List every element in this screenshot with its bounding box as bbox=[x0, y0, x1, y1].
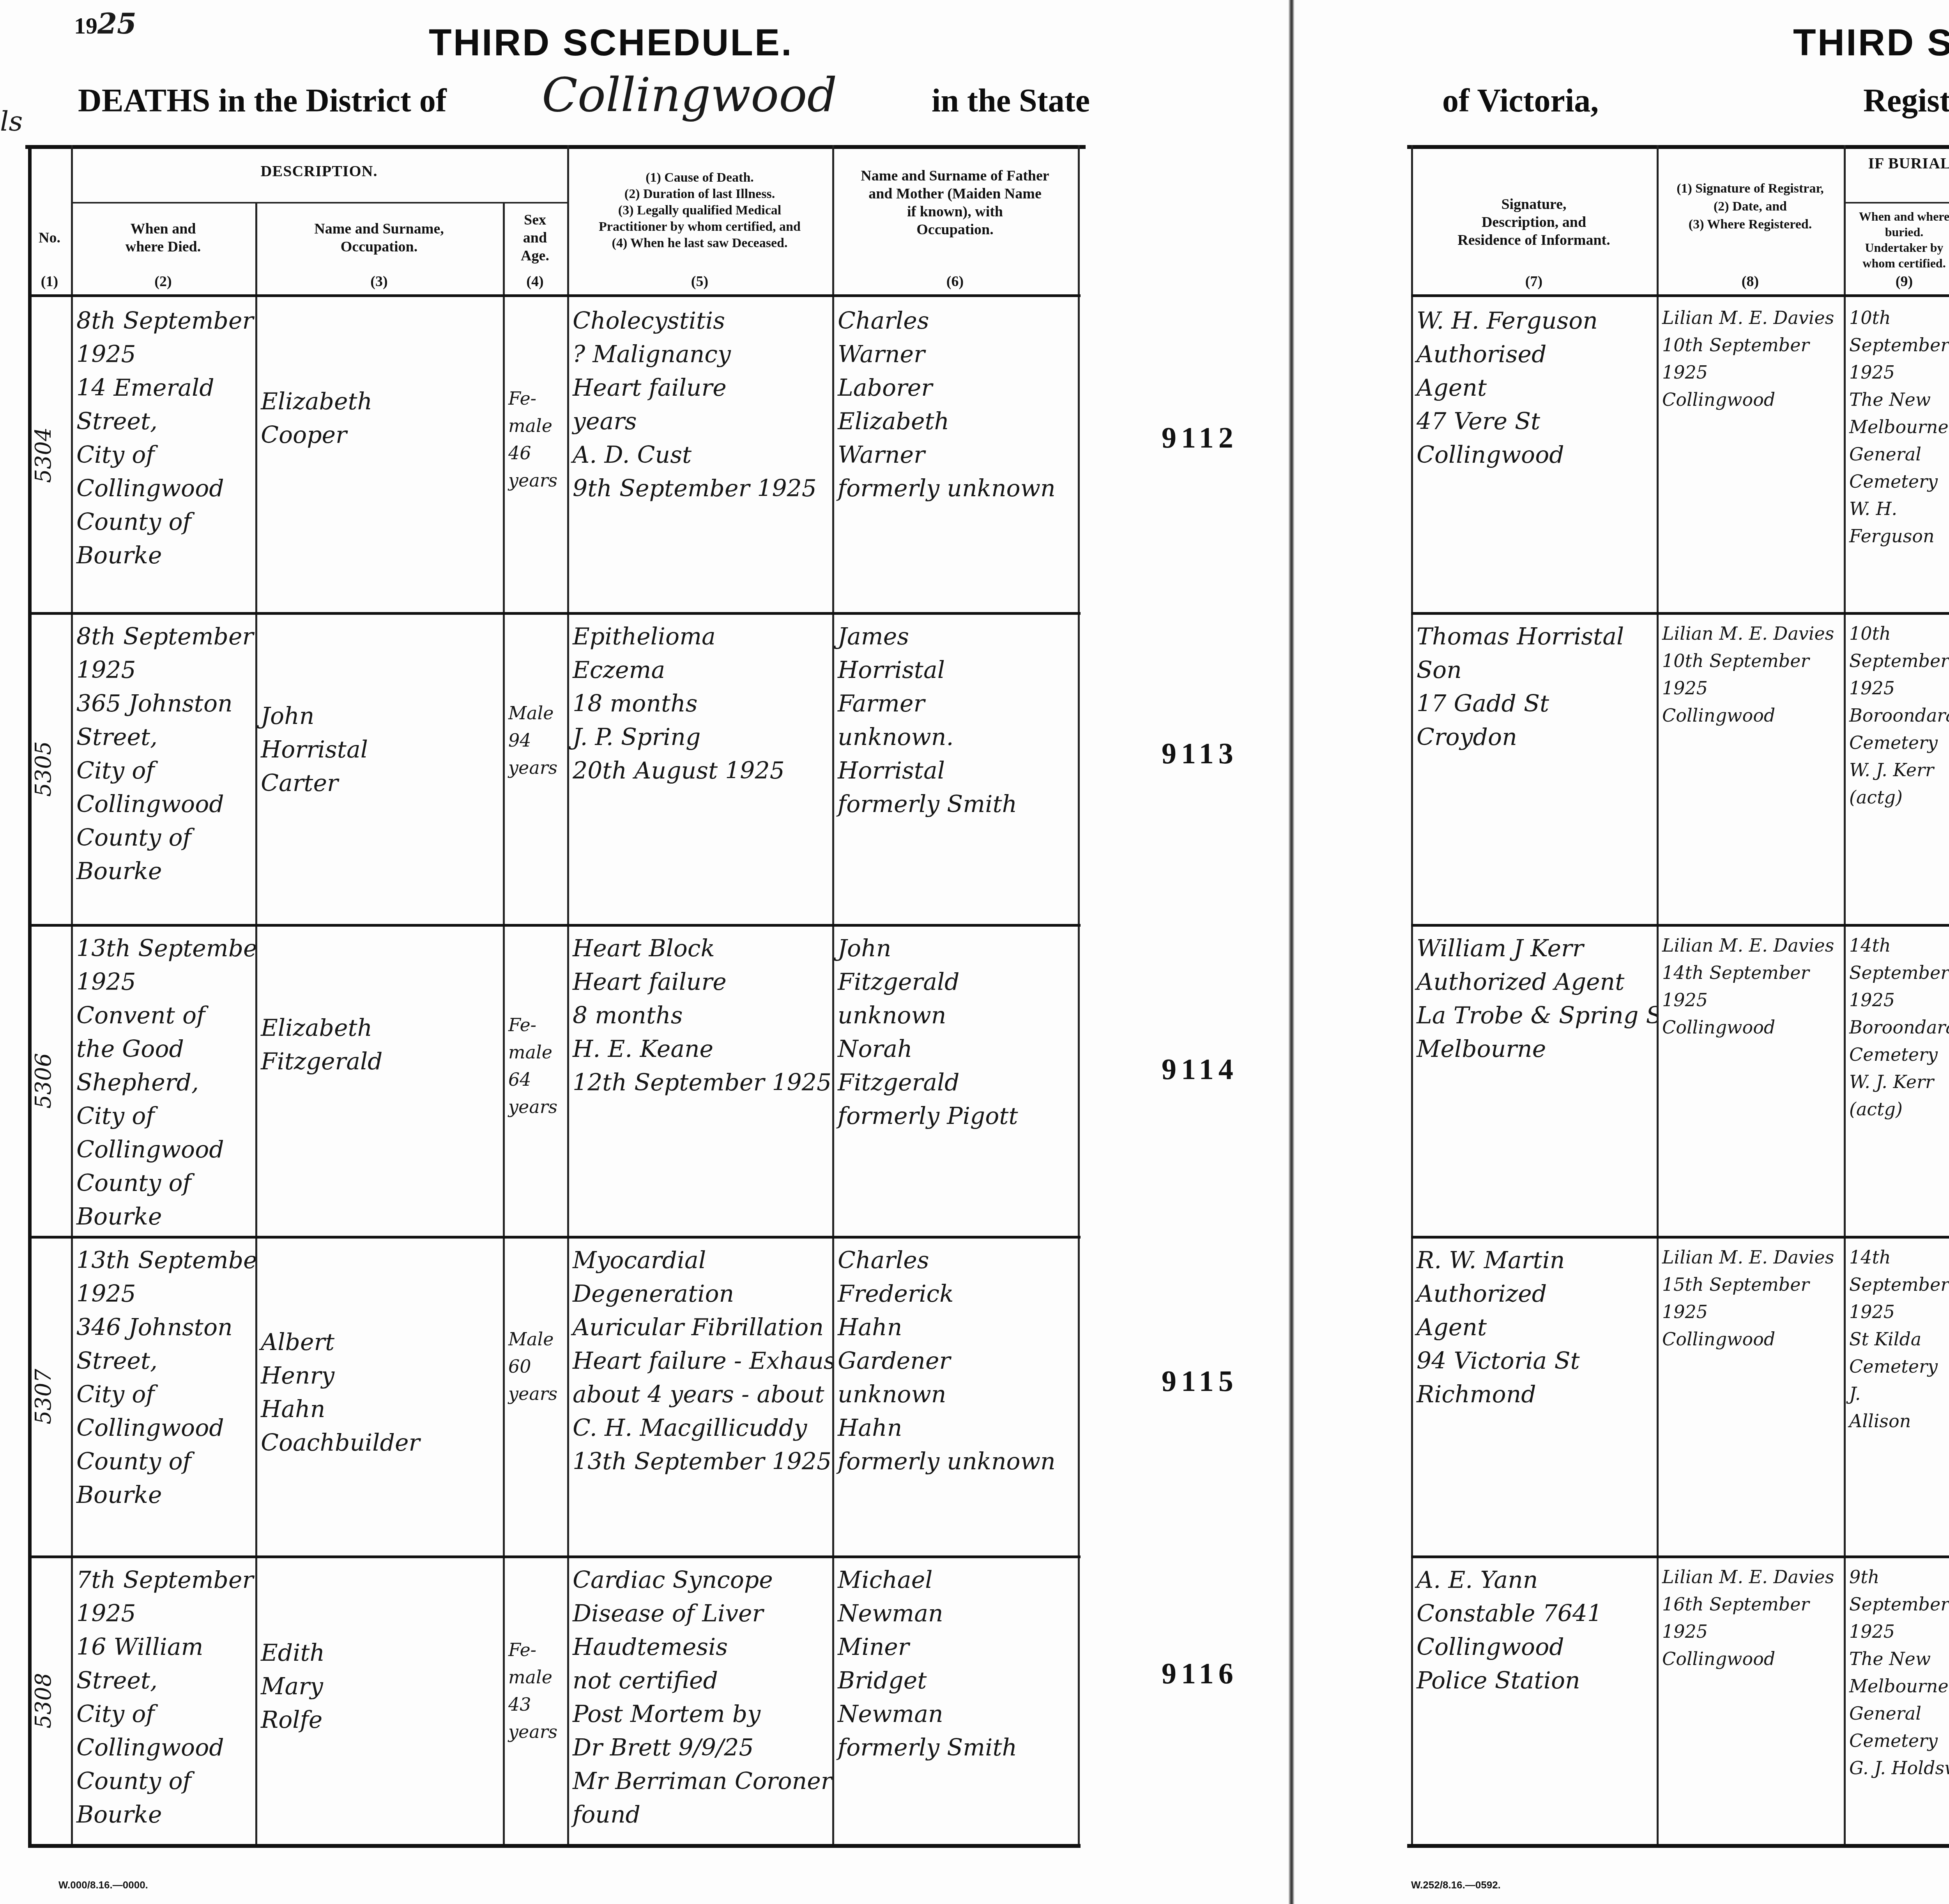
registered-by-label: Registered by bbox=[1863, 82, 1949, 120]
cell-line: H. E. Keane bbox=[573, 1032, 827, 1066]
cell-line: 94 bbox=[508, 727, 562, 754]
cell-line: Miner bbox=[838, 1630, 1072, 1664]
cell-line: Hahn bbox=[838, 1311, 1072, 1344]
cell-line: Street, bbox=[76, 720, 250, 754]
cell-line: Agent bbox=[1417, 1311, 1651, 1344]
cell-name-occupation: ElizabethCooper bbox=[255, 296, 503, 612]
form-print-code-left: W.000/8.16.—0000. bbox=[58, 1879, 148, 1891]
of-victoria-label: of Victoria, bbox=[1442, 82, 1599, 120]
cell-line: Collingwood bbox=[1417, 438, 1651, 472]
burial-underline bbox=[1844, 202, 1949, 203]
cell-line: Hahn bbox=[261, 1393, 497, 1426]
cell-line: formerly unknown bbox=[838, 1445, 1072, 1478]
cell-sex-age: Fe-male46years bbox=[503, 296, 567, 612]
cell-line: Horristal bbox=[838, 653, 1072, 687]
cell-line: Melbourne bbox=[1417, 1032, 1651, 1066]
cell-line: 8th September bbox=[76, 304, 250, 338]
cell-line: Heart failure bbox=[573, 965, 827, 999]
cell-line: City of bbox=[76, 1099, 250, 1133]
cell-line: unknown. bbox=[838, 720, 1072, 754]
cell-registrar: Lilian M. E. Davies15th September1925Col… bbox=[1657, 1236, 1844, 1555]
cell-line: Heart failure - Exhaustion bbox=[573, 1344, 827, 1378]
cell-parents: CharlesFrederickHahnGardenerunknownHahnf… bbox=[832, 1236, 1078, 1555]
schedule-title-left: THIRD SCHEDULE. bbox=[429, 21, 793, 64]
cell-line: September bbox=[1849, 331, 1949, 359]
cell-line: male bbox=[508, 1039, 562, 1066]
cell-line: Bourke bbox=[76, 1200, 250, 1233]
cell-line: Frederick bbox=[838, 1277, 1072, 1311]
col-number: (1) bbox=[28, 273, 71, 290]
cell-line: William J Kerr bbox=[1417, 932, 1651, 965]
cell-line: John bbox=[261, 699, 497, 733]
cell-line: James bbox=[838, 620, 1072, 653]
cell-line: Cholecystitis bbox=[573, 304, 827, 338]
cell-line: male bbox=[508, 1663, 562, 1691]
col-number: (4) bbox=[503, 273, 567, 290]
cell-line: Dr Brett 9/9/25 bbox=[573, 1731, 827, 1764]
cell-line: Cardiac Syncope bbox=[573, 1563, 827, 1597]
cell-line: Elizabeth bbox=[261, 1011, 497, 1045]
cell-burial: 10thSeptember1925BoroondaraCemeteryW. J.… bbox=[1844, 612, 1949, 924]
cell-line: Cemetery bbox=[1849, 1041, 1949, 1068]
col-number: (7) bbox=[1411, 273, 1657, 290]
cell-line: Gardener bbox=[838, 1344, 1072, 1378]
cell-line: Mary bbox=[261, 1670, 497, 1703]
cell-line: September bbox=[1849, 959, 1949, 986]
cell-line: Fe- bbox=[508, 385, 562, 412]
cell-name-occupation: JohnHorristalCarter bbox=[255, 612, 503, 924]
cell-line: Cemetery bbox=[1849, 1727, 1949, 1754]
cell-line: Cemetery bbox=[1849, 729, 1949, 756]
cell-line: 9th bbox=[1849, 1563, 1949, 1591]
col-number: (9) bbox=[1844, 273, 1949, 290]
cell-line: 13th September 1925 bbox=[573, 1445, 827, 1478]
in-the-state-label: in the State bbox=[932, 82, 1090, 120]
cell-line: Horristal bbox=[261, 733, 497, 766]
cell-line: Croydon bbox=[1417, 720, 1651, 754]
cell-line: 16th September bbox=[1662, 1591, 1838, 1618]
cell-registrar: Lilian M. E. Davies16th September1925Col… bbox=[1657, 1555, 1844, 1844]
cell-sex-age: Male60years bbox=[503, 1236, 567, 1555]
cell-line: Henry bbox=[261, 1359, 497, 1393]
cell-line: Street, bbox=[76, 1344, 250, 1378]
cell-when-where-died: 13th September1925Convent ofthe GoodShep… bbox=[71, 924, 255, 1236]
cell-line: not certified bbox=[573, 1664, 827, 1697]
table-bottom-rule bbox=[1407, 1844, 1949, 1848]
cell-line: Male bbox=[508, 1325, 562, 1353]
cell-line: Thomas Horristal bbox=[1417, 620, 1651, 653]
table-top-rule bbox=[1407, 145, 1949, 149]
cell-line: Collingwood bbox=[76, 472, 250, 505]
cell-line: Fitzgerald bbox=[838, 965, 1072, 999]
cell-cause: EpitheliomaEczema18 monthsJ. P. Spring20… bbox=[567, 612, 832, 924]
cell-line: Shepherd, bbox=[76, 1066, 250, 1099]
cell-line: Albert bbox=[261, 1325, 497, 1359]
cell-line: Bourke bbox=[76, 539, 250, 572]
cell-line: 7th September bbox=[76, 1563, 250, 1597]
cell-registrar: Lilian M. E. Davies14th September1925Col… bbox=[1657, 924, 1844, 1236]
cell-line: Fe- bbox=[508, 1636, 562, 1663]
cell-cause: Cholecystitis? MalignancyHeart failureye… bbox=[567, 296, 832, 612]
cell-line: C. H. Macgillicuddy bbox=[573, 1411, 827, 1445]
cell-informant: W. H. FergusonAuthorisedAgent47 Vere StC… bbox=[1411, 296, 1657, 612]
cell-line: Bourke bbox=[76, 855, 250, 888]
cell-line: 10th September bbox=[1662, 331, 1838, 359]
cell-line: City of bbox=[76, 754, 250, 787]
col-header-informant: Signature, Description, and Residence of… bbox=[1411, 172, 1657, 273]
cell-line: Cooper bbox=[261, 418, 497, 452]
cell-when-where-died: 13th September1925346 JohnstonStreet,Cit… bbox=[71, 1236, 255, 1555]
cell-line: Street, bbox=[76, 1664, 250, 1697]
cell-line: 8th September bbox=[76, 620, 250, 653]
cell-line: 9th September 1925 bbox=[573, 472, 827, 505]
cell-line: 10th September bbox=[1662, 647, 1838, 674]
cell-name-occupation: AlbertHenryHahnCoachbuilder bbox=[255, 1236, 503, 1555]
cell-line: Charles bbox=[838, 1244, 1072, 1277]
cell-line: 1925 bbox=[76, 965, 250, 999]
cell-line: Newman bbox=[838, 1597, 1072, 1630]
cell-line: Ferguson bbox=[1849, 522, 1949, 550]
cell-line: Disease of Liver bbox=[573, 1597, 827, 1630]
cell-line: County of bbox=[76, 1166, 250, 1200]
cell-line: Collingwood bbox=[76, 787, 250, 821]
cell-line: formerly Smith bbox=[838, 787, 1072, 821]
margin-mark: ls bbox=[0, 105, 23, 137]
cell-line: Authorized bbox=[1417, 1277, 1651, 1311]
cell-line: Collingwood bbox=[1662, 1325, 1838, 1353]
col-header-when-where-died: When and where Died. bbox=[71, 203, 255, 273]
cell-line: Melbourne bbox=[1849, 1672, 1949, 1700]
cell-line: St Kilda bbox=[1849, 1325, 1949, 1353]
cell-burial: 9thSeptember1925The NewMelbourneGeneralC… bbox=[1844, 1555, 1949, 1844]
cell-line: years bbox=[508, 1093, 562, 1120]
col-header-registrar: (1) Signature of Registrar, (2) Date, an… bbox=[1657, 156, 1844, 257]
cell-line: 8 months bbox=[573, 999, 827, 1032]
cell-when-where-died: 8th September1925365 JohnstonStreet,City… bbox=[71, 612, 255, 924]
cell-line: La Trobe & Spring Streets bbox=[1417, 999, 1651, 1032]
cell-line: about 4 years - about 1 year bbox=[573, 1378, 827, 1411]
cell-line: formerly Pigott bbox=[838, 1099, 1072, 1133]
entry-number: 5304 bbox=[31, 427, 56, 483]
cell-line: Collingwood bbox=[76, 1731, 250, 1764]
cell-line: 10th bbox=[1849, 304, 1949, 331]
cell-line: W. J. Kerr bbox=[1849, 756, 1949, 784]
cell-line: Edith bbox=[261, 1636, 497, 1670]
cell-line: Heart failure bbox=[573, 371, 827, 405]
cell-line: years bbox=[508, 1380, 562, 1407]
cell-line: The New bbox=[1849, 386, 1949, 413]
margin-reference-number: 9114 bbox=[1162, 1053, 1238, 1086]
cell-line: 365 Johnston bbox=[76, 687, 250, 720]
cell-line: 1925 bbox=[1662, 674, 1838, 702]
col-header-name-occupation: Name and Surname, Occupation. bbox=[255, 203, 503, 273]
cell-line: 20th August 1925 bbox=[573, 754, 827, 787]
col-header-cause-of-death: (1) Cause of Death. (2) Duration of last… bbox=[567, 148, 832, 273]
cell-line: 13th September bbox=[76, 932, 250, 965]
cell-line: the Good bbox=[76, 1032, 250, 1066]
cell-line: 1925 bbox=[76, 1597, 250, 1630]
cell-line: formerly unknown bbox=[838, 472, 1072, 505]
cell-line: Street, bbox=[76, 405, 250, 438]
cell-line: Melbourne bbox=[1849, 413, 1949, 441]
cell-line: County of bbox=[76, 505, 250, 539]
cell-line: 12th September 1925 bbox=[573, 1066, 827, 1099]
cell-line: 17 Gadd St bbox=[1417, 687, 1651, 720]
col-number: (8) bbox=[1657, 273, 1844, 290]
cell-line: Coachbuilder bbox=[261, 1426, 497, 1460]
cell-line: Hahn bbox=[838, 1411, 1072, 1445]
cell-line: Elizabeth bbox=[261, 385, 497, 418]
cell-line: 14th bbox=[1849, 1244, 1949, 1271]
cell-line: Lilian M. E. Davies bbox=[1662, 1563, 1838, 1591]
deaths-district-label: DEATHS in the District of bbox=[78, 82, 447, 120]
col-number: (5) bbox=[567, 273, 832, 290]
cell-line: 14 Emerald bbox=[76, 371, 250, 405]
cell-line: G. J. Holdsworth bbox=[1849, 1754, 1949, 1782]
cell-line: Warner bbox=[838, 338, 1072, 371]
cell-burial: 14thSeptember1925BoroondaraCemeteryW. J.… bbox=[1844, 924, 1949, 1236]
cell-line: Allison bbox=[1849, 1407, 1949, 1435]
cell-burial: 14thSeptember1925St KildaCemeteryJ.Allis… bbox=[1844, 1236, 1949, 1555]
register-year: 1925 bbox=[74, 7, 136, 40]
cell-informant: R. W. MartinAuthorizedAgent94 Victoria S… bbox=[1411, 1236, 1657, 1555]
book-spine bbox=[1288, 0, 1295, 1904]
cell-informant: Thomas HorristalSon17 Gadd StCroydon bbox=[1411, 612, 1657, 924]
group-header-burial: IF BURIAL REGISTERED. bbox=[1844, 154, 1949, 172]
cell-line: Fe- bbox=[508, 1011, 562, 1039]
cell-line: Bourke bbox=[76, 1478, 250, 1512]
entry-number: 5305 bbox=[31, 741, 56, 797]
cell-parents: JohnFitzgeraldunknownNorahFitzgeraldform… bbox=[832, 924, 1078, 1236]
cell-line: Police Station bbox=[1417, 1664, 1651, 1697]
year-suffix: 25 bbox=[97, 7, 136, 40]
cell-line: Heart Block bbox=[573, 932, 827, 965]
cell-line: Collingwood bbox=[1662, 702, 1838, 729]
cell-line: Richmond bbox=[1417, 1378, 1651, 1411]
cell-line: unknown bbox=[838, 999, 1072, 1032]
cell-cause: Cardiac SyncopeDisease of LiverHaudtemes… bbox=[567, 1555, 832, 1844]
cell-line: ? Malignancy bbox=[573, 338, 827, 371]
cell-line: 64 bbox=[508, 1066, 562, 1093]
cell-line: male bbox=[508, 412, 562, 439]
cell-line: 1925 bbox=[76, 1277, 250, 1311]
cell-line: (actg) bbox=[1849, 1095, 1949, 1123]
cell-line: Boroondara bbox=[1849, 702, 1949, 729]
col-header-burial-when-where: When and where buried. Undertaker by who… bbox=[1844, 205, 1949, 275]
cell-line: 1925 bbox=[1849, 986, 1949, 1014]
cell-line: Elizabeth bbox=[838, 405, 1072, 438]
cell-informant: William J KerrAuthorized AgentLa Trobe &… bbox=[1411, 924, 1657, 1236]
cell-line: 18 months bbox=[573, 687, 827, 720]
cell-line: W. H. bbox=[1849, 495, 1949, 522]
cell-cause: Heart BlockHeart failure8 monthsH. E. Ke… bbox=[567, 924, 832, 1236]
cell-line: Collingwood bbox=[1662, 1645, 1838, 1672]
cell-line: General bbox=[1849, 441, 1949, 468]
cell-line: Michael bbox=[838, 1563, 1072, 1597]
year-prefix: 19 bbox=[74, 13, 97, 39]
cell-line: 14th bbox=[1849, 932, 1949, 959]
cell-line: Agent bbox=[1417, 371, 1651, 405]
cell-line: City of bbox=[76, 1378, 250, 1411]
cell-line: County of bbox=[76, 1445, 250, 1478]
cell-line: A. E. Yann bbox=[1417, 1563, 1651, 1597]
cell-line: 1925 bbox=[1662, 1618, 1838, 1645]
cell-line: 43 bbox=[508, 1691, 562, 1718]
cell-line: Collingwood bbox=[1662, 1014, 1838, 1041]
cell-line: City of bbox=[76, 1697, 250, 1731]
cell-registrar: Lilian M. E. Davies10th September1925Col… bbox=[1657, 612, 1844, 924]
cell-when-where-died: 8th September192514 EmeraldStreet,City o… bbox=[71, 296, 255, 612]
col-number: (6) bbox=[832, 273, 1078, 290]
cell-when-where-died: 7th September192516 WilliamStreet,City o… bbox=[71, 1555, 255, 1844]
cell-line: 346 Johnston bbox=[76, 1311, 250, 1344]
table-bottom-rule bbox=[28, 1844, 1081, 1848]
col-header-no: No. bbox=[28, 203, 71, 273]
cell-line: City of bbox=[76, 438, 250, 472]
cell-line: September bbox=[1849, 1591, 1949, 1618]
cell-line: 1925 bbox=[1662, 359, 1838, 386]
col-header-parents: Name and Surname of Father and Mother (M… bbox=[832, 148, 1078, 257]
cell-sex-age: Fe-male64years bbox=[503, 924, 567, 1236]
cell-line: Convent of bbox=[76, 999, 250, 1032]
cell-line: R. W. Martin bbox=[1417, 1244, 1651, 1277]
cell-line: Horristal bbox=[838, 754, 1072, 787]
cell-cause: MyocardialDegenerationAuricular Fibrilla… bbox=[567, 1236, 832, 1555]
cell-line: Norah bbox=[838, 1032, 1072, 1066]
cell-line: Rolfe bbox=[261, 1703, 497, 1737]
cell-line: Epithelioma bbox=[573, 620, 827, 653]
cell-line: The New bbox=[1849, 1645, 1949, 1672]
cell-line: Lilian M. E. Davies bbox=[1662, 932, 1838, 959]
cell-line: 1925 bbox=[76, 338, 250, 371]
cell-line: 1925 bbox=[1662, 1298, 1838, 1325]
cell-line: Fitzgerald bbox=[261, 1045, 497, 1078]
cell-line: W. H. Ferguson bbox=[1417, 304, 1651, 338]
cell-line: 1925 bbox=[1849, 359, 1949, 386]
cell-line: Bourke bbox=[76, 1798, 250, 1831]
cell-line: 46 bbox=[508, 439, 562, 467]
margin-reference-number: 9116 bbox=[1162, 1657, 1238, 1691]
cell-line: 60 bbox=[508, 1353, 562, 1380]
cell-line: General bbox=[1849, 1700, 1949, 1727]
cell-line: J. bbox=[1849, 1380, 1949, 1407]
cell-line: Constable 7641 bbox=[1417, 1597, 1651, 1630]
group-header-description: DESCRIPTION. bbox=[71, 162, 567, 180]
cell-line: (actg) bbox=[1849, 784, 1949, 811]
cell-line: Newman bbox=[838, 1697, 1072, 1731]
cell-parents: MichaelNewmanMinerBridgetNewmanformerly … bbox=[832, 1555, 1078, 1844]
cell-line: John bbox=[838, 932, 1072, 965]
cell-line: Male bbox=[508, 699, 562, 727]
entry-number: 5307 bbox=[31, 1369, 56, 1424]
cell-parents: JamesHorristalFarmerunknown.Horristalfor… bbox=[832, 612, 1078, 924]
cell-line: Cemetery bbox=[1849, 1353, 1949, 1380]
cell-line: 14th September bbox=[1662, 959, 1838, 986]
table-left-border bbox=[28, 145, 32, 1845]
cell-informant: A. E. YannConstable 7641CollingwoodPolic… bbox=[1411, 1555, 1657, 1844]
cell-line: Collingwood bbox=[76, 1411, 250, 1445]
cell-line: Collingwood bbox=[1662, 386, 1838, 413]
margin-reference-number: 9113 bbox=[1162, 737, 1238, 771]
cell-line: Lilian M. E. Davies bbox=[1662, 1244, 1838, 1271]
cell-line: 13th September bbox=[76, 1244, 250, 1277]
cell-line: Lilian M. E. Davies bbox=[1662, 304, 1838, 331]
cell-line: Fitzgerald bbox=[838, 1066, 1072, 1099]
cell-line: Post Mortem by bbox=[573, 1697, 827, 1731]
cell-line: Laborer bbox=[838, 371, 1072, 405]
form-print-code-right: W.252/8.16.—0592. bbox=[1411, 1879, 1501, 1891]
cell-line: Degeneration bbox=[573, 1277, 827, 1311]
cell-line: Collingwood bbox=[76, 1133, 250, 1166]
cell-line: 1925 bbox=[76, 653, 250, 687]
cell-line: Collingwood bbox=[1417, 1630, 1651, 1664]
cell-line: formerly Smith bbox=[838, 1731, 1072, 1764]
cell-line: 1925 bbox=[1849, 674, 1949, 702]
cell-line: found bbox=[573, 1798, 827, 1831]
cell-line: September bbox=[1849, 647, 1949, 674]
col-header-sex-age: Sex and Age. bbox=[503, 203, 567, 273]
cell-line: W. J. Kerr bbox=[1849, 1068, 1949, 1095]
cell-line: 1925 bbox=[1849, 1618, 1949, 1645]
cell-line: Son bbox=[1417, 653, 1651, 687]
cell-line: Mr Berriman Coroner bbox=[573, 1764, 827, 1798]
cell-line: Carter bbox=[261, 766, 497, 800]
cell-line: 94 Victoria St bbox=[1417, 1344, 1651, 1378]
cell-line: years bbox=[508, 754, 562, 781]
cell-line: 16 William bbox=[76, 1630, 250, 1664]
cell-line: A. D. Cust bbox=[573, 438, 827, 472]
cell-line: 1925 bbox=[1849, 1298, 1949, 1325]
cell-line: 10th bbox=[1849, 620, 1949, 647]
cell-line: Warner bbox=[838, 438, 1072, 472]
cell-parents: CharlesWarnerLaborerElizabethWarnerforme… bbox=[832, 296, 1078, 612]
cell-line: unknown bbox=[838, 1378, 1072, 1411]
entry-number: 5308 bbox=[31, 1673, 56, 1729]
entry-number: 5306 bbox=[31, 1053, 56, 1109]
cell-line: 1925 bbox=[1662, 986, 1838, 1014]
cell-line: Boroondara bbox=[1849, 1014, 1949, 1041]
cell-line: years bbox=[508, 467, 562, 494]
cell-line: Lilian M. E. Davies bbox=[1662, 620, 1838, 647]
cell-line: Cemetery bbox=[1849, 468, 1949, 495]
cell-line: County of bbox=[76, 1764, 250, 1798]
margin-reference-number: 9112 bbox=[1162, 421, 1238, 455]
cell-line: Farmer bbox=[838, 687, 1072, 720]
cell-line: Eczema bbox=[573, 653, 827, 687]
cell-line: September bbox=[1849, 1271, 1949, 1298]
district-name: Collingwood bbox=[542, 68, 837, 122]
cell-line: County of bbox=[76, 821, 250, 855]
cell-line: Authorized Agent bbox=[1417, 965, 1651, 999]
cell-line: Bridget bbox=[838, 1664, 1072, 1697]
cell-registrar: Lilian M. E. Davies10th September1925Col… bbox=[1657, 296, 1844, 612]
cell-sex-age: Male94years bbox=[503, 612, 567, 924]
cell-burial: 10thSeptember1925The NewMelbourneGeneral… bbox=[1844, 296, 1949, 612]
cell-line: Charles bbox=[838, 304, 1072, 338]
cell-line: Authorised bbox=[1417, 338, 1651, 371]
cell-line: years bbox=[508, 1718, 562, 1745]
margin-reference-number: 9115 bbox=[1162, 1364, 1238, 1398]
cell-name-occupation: EdithMaryRolfe bbox=[255, 1555, 503, 1844]
cell-line: Haudtemesis bbox=[573, 1630, 827, 1664]
col-number: (3) bbox=[255, 273, 503, 290]
cell-line: Myocardial bbox=[573, 1244, 827, 1277]
cell-sex-age: Fe-male43years bbox=[503, 1555, 567, 1844]
cell-name-occupation: ElizabethFitzgerald bbox=[255, 924, 503, 1236]
schedule-title-right: THIRD SCHEDULE. bbox=[1793, 21, 1949, 64]
cell-line: 15th September bbox=[1662, 1271, 1838, 1298]
col-divider bbox=[1078, 145, 1080, 1845]
